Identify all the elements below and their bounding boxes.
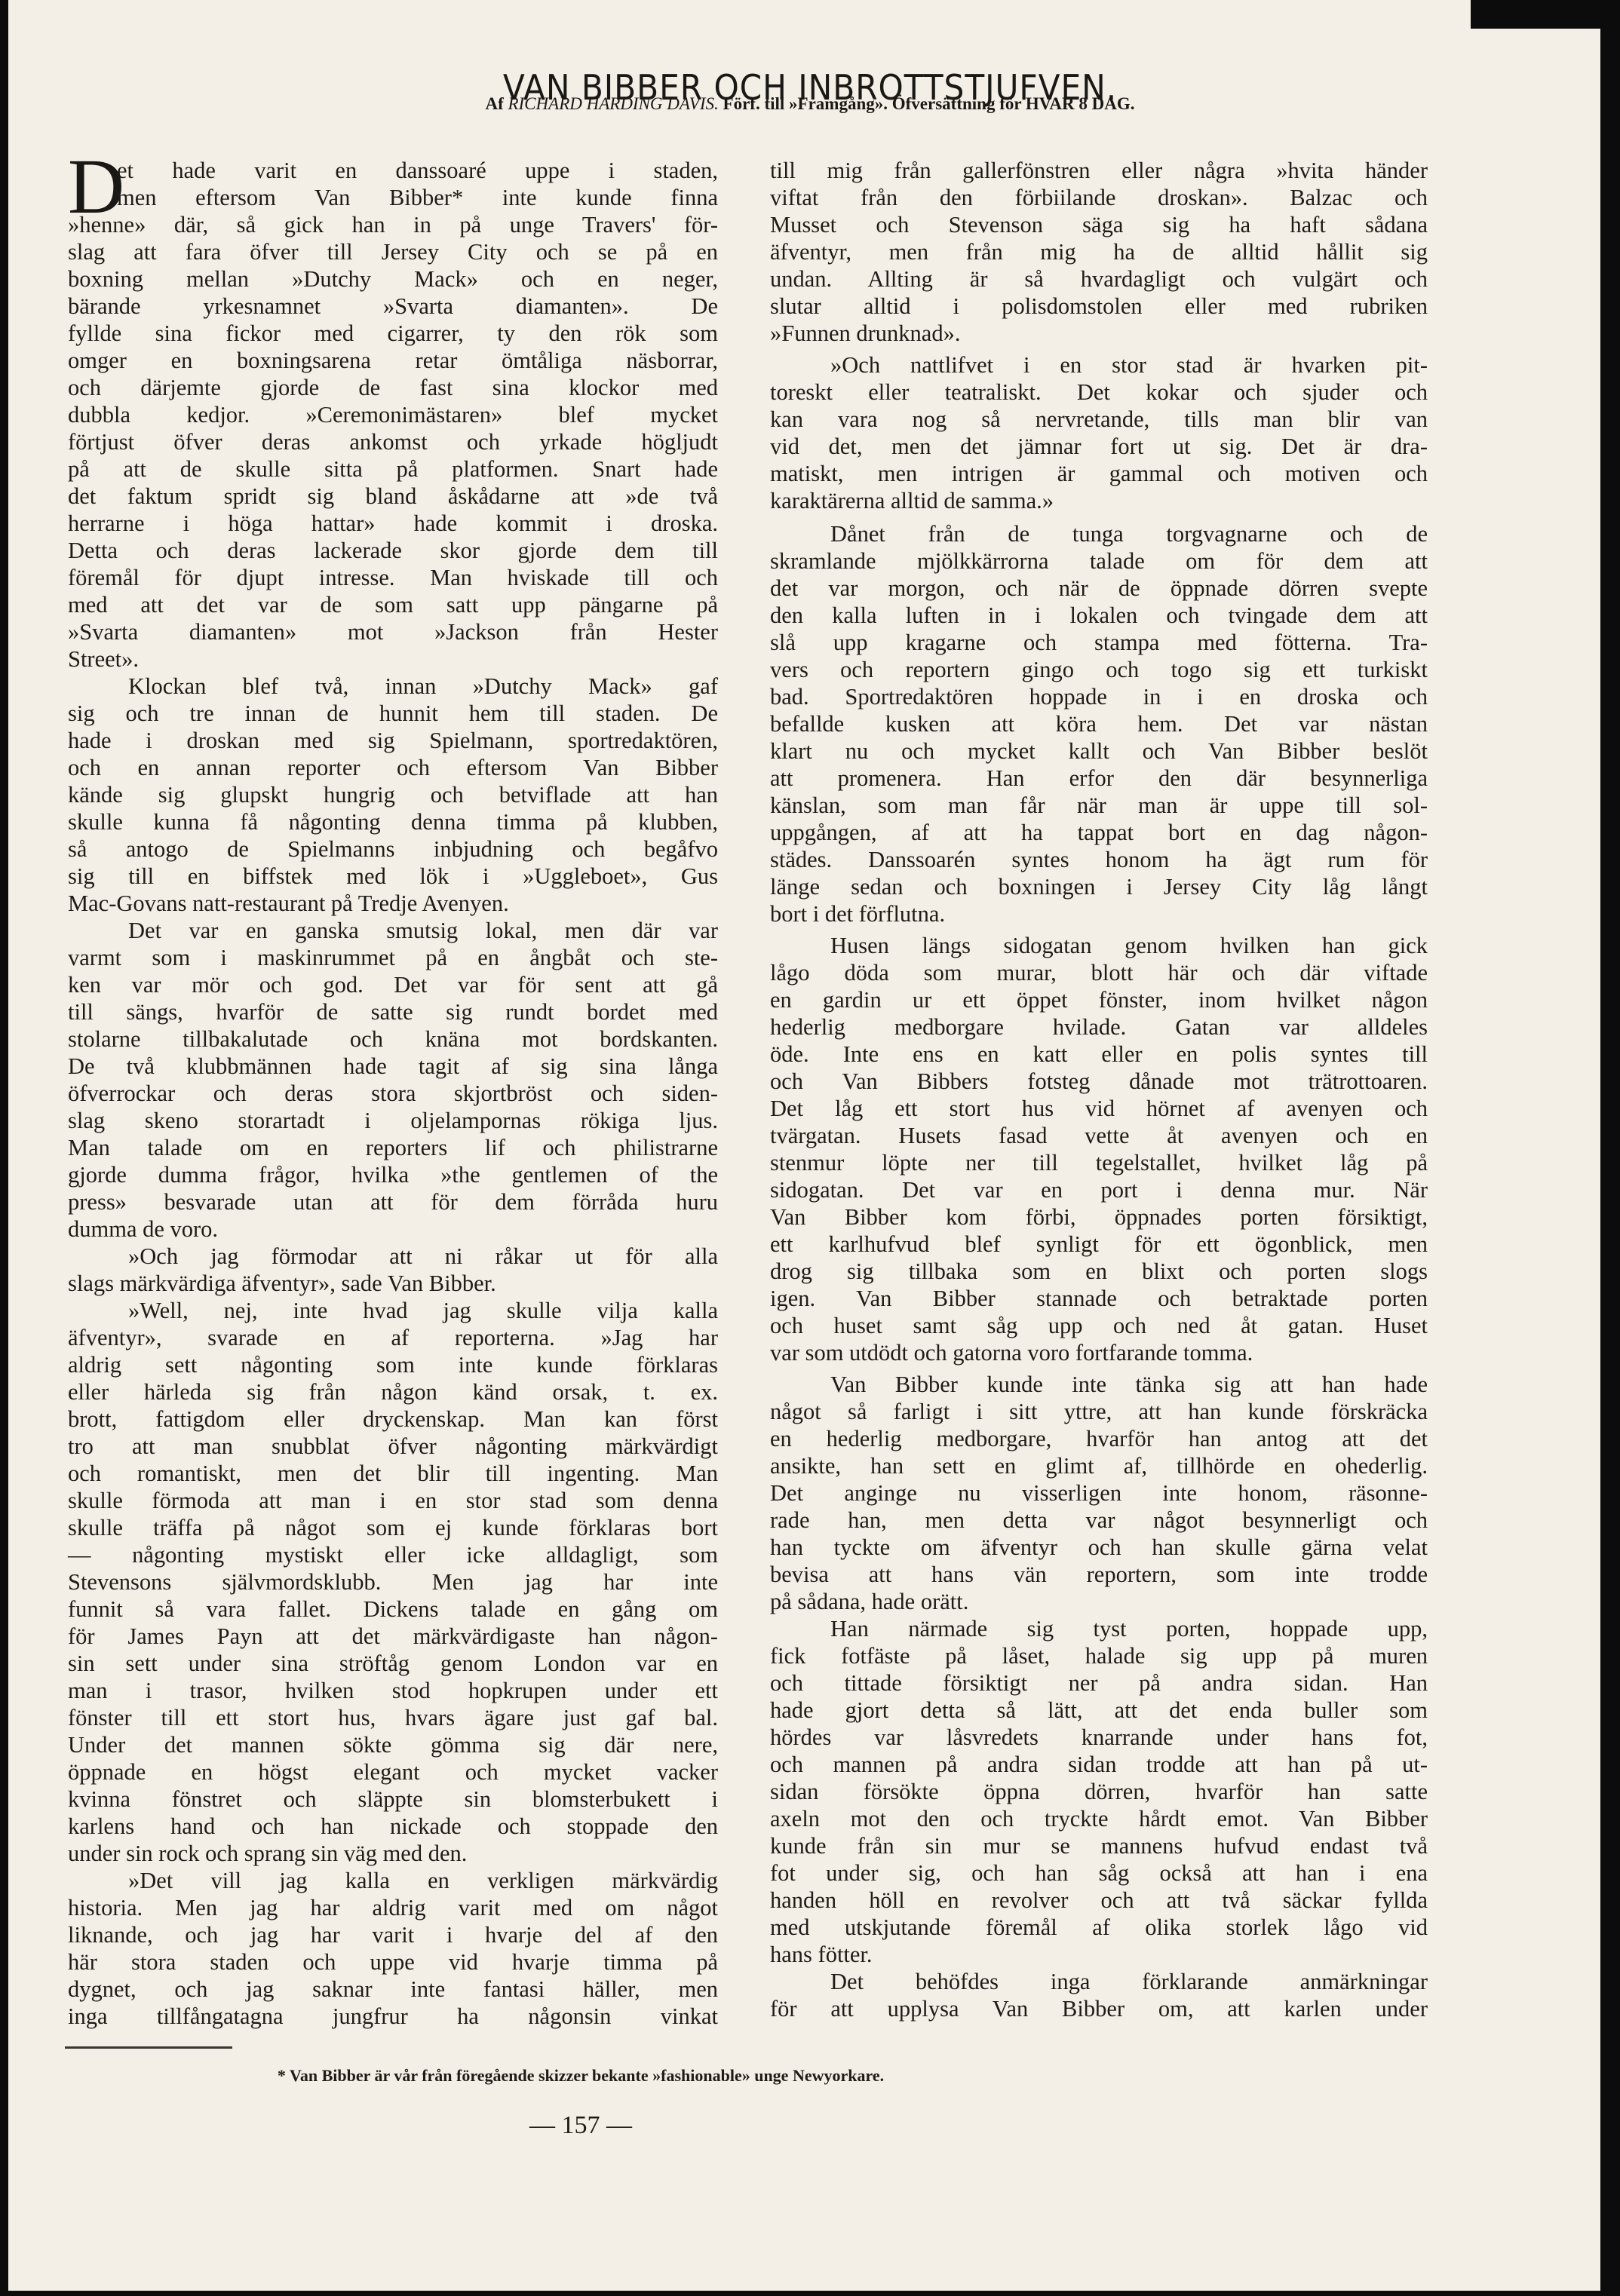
scan-border	[1471, 0, 1620, 29]
text-line: öfverrockar och deras stora skjortbröst …	[68, 1080, 718, 1107]
text-line: hördes var låsvredets knarrande under ha…	[770, 1724, 1428, 1751]
text-line: inga tillfångatagna jungfrur ha någonsin…	[68, 2003, 718, 2030]
text-line: så antogo de Spielmanns inbjudning och b…	[68, 835, 718, 863]
text-line: en hederlig medborgare, hvarför han anto…	[770, 1425, 1428, 1452]
text-line: varmt som i maskinrummet på en ångbåt oc…	[68, 944, 718, 971]
text-line: sig till en biffstek med lök i »Uggleboe…	[68, 863, 718, 890]
footnote-rule	[65, 2046, 232, 2049]
text-line: att promenera. Han erfor den där besynne…	[770, 765, 1428, 792]
text-line: dumma de voro.	[68, 1215, 718, 1243]
text-line: historia. Men jag har aldrig varit med o…	[68, 1894, 718, 1921]
text-line: vers och reportern gingo och togo sig et…	[770, 656, 1428, 683]
text-line: förtjust öfver deras ankomst och yrkade …	[68, 428, 718, 455]
text-line: Klockan blef två, innan »Dutchy Mack» ga…	[68, 673, 718, 700]
text-line: stenmur löpte ner till tegelstallet, hvi…	[770, 1149, 1428, 1176]
text-line: karaktärerna alltid de samma.»	[770, 487, 1428, 514]
text-line: Han närmade sig tyst porten, hoppade upp…	[770, 1615, 1428, 1642]
text-line: städes. Danssoarén syntes honom ha ägt r…	[770, 846, 1428, 873]
text-line: och huset samt såg upp och ned åt gatan.…	[770, 1312, 1428, 1339]
text-line: eller härleda sig från någon känd orsak,…	[68, 1378, 718, 1405]
text-line: Dånet från de tunga torgvagnarne och de	[770, 520, 1428, 547]
text-line: slutar alltid i polisdomstolen eller med…	[770, 293, 1428, 320]
text-line: vid det, men det jämnar fort ut sig. Det…	[770, 433, 1428, 460]
text-line: »Svarta diamanten» mot »Jackson från Hes…	[68, 618, 718, 645]
text-line: med att det var de som satt upp pängarne…	[68, 591, 718, 618]
text-line: fönster till ett stort hus, hvars ägare …	[68, 1704, 718, 1731]
text-line: befallde kusken att köra hem. Det var nä…	[770, 710, 1428, 737]
text-line: uppgången, af att ha tappat bort en dag …	[770, 819, 1428, 846]
text-line: hans fötter.	[770, 1941, 1428, 1968]
text-line: Mac-Govans natt-restaurant på Tredje Ave…	[68, 890, 718, 917]
text-line: funnit så vara fallet. Dickens talade en…	[68, 1596, 718, 1623]
text-line: en gardin ur ett öppet fönster, inom hvi…	[770, 986, 1428, 1013]
text-line: och tittade försiktigt ner på andra sida…	[770, 1669, 1428, 1697]
text-line: rade han, men detta var något besynnerli…	[770, 1507, 1428, 1534]
text-line: Under det mannen sökte gömma sig där ner…	[68, 1731, 718, 1758]
text-line: länge sedan och boxningen i Jersey City …	[770, 873, 1428, 900]
text-line: Det behöfdes inga förklarande anmärkning…	[770, 1968, 1428, 1995]
text-line: skulle förmoda att man i en stor stad so…	[68, 1487, 718, 1514]
text-line: undan. Allting är så hvardagligt och vul…	[770, 265, 1428, 293]
text-line: hade i droskan med sig Spielmann, sportr…	[68, 727, 718, 754]
byline-rest: Förf. till »Framgång». Öfversättning för…	[719, 94, 1135, 113]
text-line: sig och tre innan de hunnit hem till sta…	[68, 700, 718, 727]
text-line: slå upp kragarne och stampa med fötterna…	[770, 629, 1428, 656]
page-number: — 157 —	[0, 2111, 1161, 2140]
text-line: till mig från gallerfönstren eller några…	[770, 157, 1428, 184]
text-line: Det var en ganska smutsig lokal, men där…	[68, 917, 718, 944]
text-line: ett karlhufvud blef synligt för ett ögon…	[770, 1231, 1428, 1258]
text-line: Det anginge nu visserligen inte honom, r…	[770, 1479, 1428, 1507]
text-line: sin sett under sina ströftåg genom Londo…	[68, 1650, 718, 1677]
text-line: viftat från den förbiilande droskan». Ba…	[770, 184, 1428, 211]
text-line: den kalla luften in i lokalen och tvinga…	[770, 602, 1428, 629]
text-line: på att de skulle sitta på platformen. Sn…	[68, 455, 718, 483]
text-line: — någonting mystiskt eller icke alldagli…	[68, 1541, 718, 1568]
text-line: men eftersom Van Bibber* inte kunde finn…	[68, 184, 718, 211]
text-line: öppnade en högst elegant och mycket vack…	[68, 1758, 718, 1786]
text-line: det faktum spridt sig bland åskådarne at…	[68, 483, 718, 510]
text-line: »Det vill jag kalla en verkligen märkvär…	[68, 1867, 718, 1894]
text-line: kvinna fönstret och släppte sin blomster…	[68, 1786, 718, 1813]
text-line: föremål för djupt intresse. Man hviskade…	[68, 564, 718, 591]
text-line: man i trasor, hvilken stod hopkrupen und…	[68, 1677, 718, 1704]
text-line: skulle kunna få någonting denna timma på…	[68, 808, 718, 835]
text-line: skramlande mjölkkärrorna talade om för d…	[770, 547, 1428, 575]
text-line: »Funnen drunknad».	[770, 320, 1428, 347]
text-line: »henne» där, så gick han in på unge Trav…	[68, 211, 718, 238]
text-line: Husen längs sidogatan genom hvilken han …	[770, 932, 1428, 959]
text-line: Man talade om en reporters lif och phili…	[68, 1134, 718, 1161]
text-line: Musset och Stevenson säga sig ha haft så…	[770, 211, 1428, 238]
text-line: fyllde sina fickor med cigarrer, ty den …	[68, 320, 718, 347]
text-line: press» besvarade utan att för dem förråd…	[68, 1188, 718, 1215]
text-line: slags märkvärdiga äfventyr», sade Van Bi…	[68, 1270, 718, 1297]
text-line: ken var mör och god. Det var för sent at…	[68, 971, 718, 998]
text-line: stolarne tillbakalutade och knäna mot bo…	[68, 1025, 718, 1053]
text-line: dubbla kedjor. »Ceremonimästaren» blef m…	[68, 401, 718, 428]
text-line: igen. Van Bibber stannade och betraktade…	[770, 1285, 1428, 1312]
text-line: fick fotfäste på låset, halade sig upp p…	[770, 1642, 1428, 1669]
text-line: dygnet, och jag saknar inte fantasi häll…	[68, 1976, 718, 2003]
text-line: Van Bibber kom förbi, öppnades porten fö…	[770, 1203, 1428, 1231]
text-line: bort i det förflutna.	[770, 900, 1428, 927]
text-line: något så farligt i sitt yttre, att han k…	[770, 1398, 1428, 1425]
text-line: Van Bibber kunde inte tänka sig att han …	[770, 1371, 1428, 1398]
text-line: och en annan reporter och eftersom Van B…	[68, 754, 718, 781]
text-line: »Och jag förmodar att ni råkar ut för al…	[68, 1243, 718, 1270]
text-line: handen höll en revolver och att två säck…	[770, 1887, 1428, 1914]
text-line: här stora staden och uppe vid hvarje tim…	[68, 1948, 718, 1976]
text-line: axeln mot den och tryckte hårdt emot. Va…	[770, 1805, 1428, 1832]
text-line: aldrig sett någonting som inte kunde för…	[68, 1351, 718, 1378]
text-line: slag skeno storartadt i oljelampornas rö…	[68, 1107, 718, 1134]
text-line: lågo döda som murar, blott här och där v…	[770, 959, 1428, 986]
text-line: liknande, och jag har varit i hvarje del…	[68, 1921, 718, 1948]
text-line: omger en boxningsarena retar ömtåliga nä…	[68, 347, 718, 374]
text-line: skulle träffa på något som ej kunde förk…	[68, 1514, 718, 1541]
text-line: till sängs, hvarför de satte sig rundt b…	[68, 998, 718, 1025]
text-line: ansikte, han sett en glimt af, tillhörde…	[770, 1452, 1428, 1479]
text-line: det var morgon, och när de öppnade dörre…	[770, 575, 1428, 602]
text-line: kunde från sin mur se mannens hufvud end…	[770, 1832, 1428, 1859]
text-line: och därjemte gjorde de fast sina klockor…	[68, 374, 718, 401]
text-line: för att upplysa Van Bibber om, att karle…	[770, 1995, 1428, 2022]
text-line: äfventyr», svarade en af reporterna. »Ja…	[68, 1324, 718, 1351]
text-line: et hade varit en danssoaré uppe i staden…	[68, 157, 718, 184]
text-line: toreskt eller teatraliskt. Det kokar och…	[770, 379, 1428, 406]
text-line: gjorde dumma frågor, hvilka »the gentlem…	[68, 1161, 718, 1188]
text-line: Street».	[68, 645, 718, 673]
text-line: tro att man snubblat öfver någonting mär…	[68, 1433, 718, 1460]
text-line: Stevensons självmordsklubb. Men jag har …	[68, 1568, 718, 1596]
text-line: fot under sig, och han såg också att han…	[770, 1859, 1428, 1887]
text-line: känslan, som man får när man är uppe til…	[770, 792, 1428, 819]
text-line: matiskt, men intrigen är gammal och moti…	[770, 460, 1428, 487]
text-line: tvärgatan. Husets fasad vette åt avenyen…	[770, 1122, 1428, 1149]
text-line: »Well, nej, inte hvad jag skulle vilja k…	[68, 1297, 718, 1324]
text-line: äfventyr, men från mig ha de alltid håll…	[770, 238, 1428, 265]
text-line: brott, fattigdom eller dryckenskap. Man …	[68, 1405, 718, 1433]
byline: Af RICHARD HARDING DAVIS. Förf. till »Fr…	[0, 94, 1620, 114]
text-line: »Och nattlifvet i en stor stad är hvarke…	[770, 351, 1428, 379]
text-line: för James Payn att det märkvärdigaste ha…	[68, 1623, 718, 1650]
text-line: han tyckte om äfventyr och han skulle gä…	[770, 1534, 1428, 1561]
text-line: karlens hand och han nickade och stoppad…	[68, 1813, 718, 1840]
text-line: slag att fara öfver till Jersey City och…	[68, 238, 718, 265]
text-line: kände sig glupskt hungrig och betviflade…	[68, 781, 718, 808]
text-line: bärande yrkesnamnet »Svarta diamanten». …	[68, 293, 718, 320]
text-line: öde. Inte ens en katt eller en polis syn…	[770, 1041, 1428, 1068]
text-line: med utskjutande föremål af olika storlek…	[770, 1914, 1428, 1941]
text-line: herrarne i höga hattar» hade kommit i dr…	[68, 510, 718, 537]
text-line: drog sig tillbaka som en blixt och porte…	[770, 1258, 1428, 1285]
text-line: och Van Bibbers fotsteg dånade mot trätr…	[770, 1068, 1428, 1095]
text-line: hade gjort detta så lätt, att det enda b…	[770, 1697, 1428, 1724]
text-line: De två klubbmännen hade tagit af sig sin…	[68, 1053, 718, 1080]
text-line: under sin rock och sprang sin väg med de…	[68, 1840, 718, 1867]
text-line: Det låg ett stort hus vid hörnet af aven…	[770, 1095, 1428, 1122]
text-line: klart nu och mycket kallt och Van Bibber…	[770, 737, 1428, 765]
text-line: sidogatan. Det var en port i denna mur. …	[770, 1176, 1428, 1203]
byline-prefix: Af	[485, 94, 508, 113]
text-line: bad. Sportredaktören hoppade in i en dro…	[770, 683, 1428, 710]
text-line: och romantiskt, men det blir till ingent…	[68, 1460, 718, 1487]
text-line: kan vara nog så nervretande, tills man b…	[770, 406, 1428, 433]
text-line: boxning mellan »Dutchy Mack» och en nege…	[68, 265, 718, 293]
text-line: hederlig medborgare hvilade. Gatan var a…	[770, 1013, 1428, 1041]
text-line: Detta och deras lackerade skor gjorde de…	[68, 537, 718, 564]
text-line: på sådana, hade orätt.	[770, 1588, 1428, 1615]
text-line: var som utdödt och gatorna voro fortfara…	[770, 1339, 1428, 1366]
footnote: * Van Bibber är vår från föregående skiz…	[0, 2066, 1161, 2086]
byline-author: RICHARD HARDING DAVIS.	[508, 94, 719, 113]
text-line: bevisa att hans vän reportern, som inte …	[770, 1561, 1428, 1588]
text-line: och mannen på andra sidan trodde att han…	[770, 1751, 1428, 1778]
text-line: sidan försökte öppna dörren, hvarför han…	[770, 1778, 1428, 1805]
